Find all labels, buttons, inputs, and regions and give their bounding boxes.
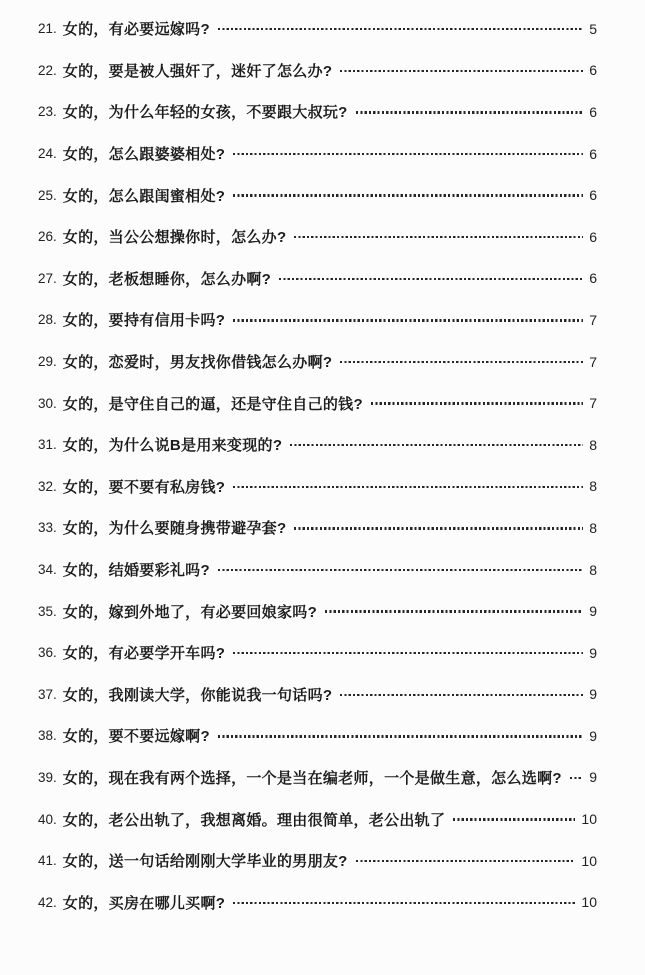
- entry-title: 女的，我刚读大学，你能说我一句话吗?: [63, 684, 333, 705]
- dot-leader: [218, 569, 583, 571]
- entry-page-number: 6: [589, 104, 597, 120]
- entry-page-number: 7: [589, 354, 597, 370]
- toc-entry: 29. 女的，恋爱时，男友找你借钱怎么办啊? 7: [38, 341, 597, 383]
- toc-entry: 36. 女的，有必要学开车吗? 9: [38, 632, 597, 674]
- dot-leader: [453, 818, 575, 820]
- dot-leader: [294, 527, 583, 529]
- toc-entry: 30. 女的，是守住自己的逼，还是守住自己的钱? 7: [38, 382, 597, 424]
- dot-leader: [356, 111, 584, 113]
- toc-entry: 33. 女的，为什么要随身携带避孕套? 8: [38, 507, 597, 549]
- entry-page-number: 9: [589, 645, 597, 661]
- toc-entry: 42. 女的，买房在哪儿买啊? 10: [38, 881, 597, 923]
- dot-leader: [233, 486, 583, 488]
- entry-title: 女的，要不要有私房钱?: [63, 476, 225, 497]
- entry-number: 35.: [38, 604, 57, 619]
- entry-number: 22.: [38, 63, 57, 78]
- entry-page-number: 8: [589, 520, 597, 536]
- dot-leader: [279, 278, 583, 280]
- entry-number: 25.: [38, 188, 57, 203]
- toc-entry: 26. 女的，当公公想操你时，怎么办? 6: [38, 216, 597, 258]
- dot-leader: [356, 860, 576, 862]
- entry-title: 女的，老板想睡你，怎么办啊?: [63, 268, 271, 289]
- entry-title: 女的，怎么跟闺蜜相处?: [63, 185, 225, 206]
- toc-entry: 38. 女的，要不要远嫁啊? 9: [38, 715, 597, 757]
- entry-number: 27.: [38, 271, 57, 286]
- entry-title: 女的，为什么年轻的女孩，不要跟大叔玩?: [63, 101, 348, 122]
- entry-title: 女的，为什么要随身携带避孕套?: [63, 517, 287, 538]
- toc-entry: 34. 女的，结婚要彩礼吗? 8: [38, 549, 597, 591]
- entry-number: 37.: [38, 687, 57, 702]
- entry-number: 30.: [38, 396, 57, 411]
- entry-title: 女的，现在我有两个选择，一个是当在编老师，一个是做生意，怎么选啊?: [63, 767, 562, 788]
- toc-entry: 24. 女的，怎么跟婆婆相处? 6: [38, 133, 597, 175]
- dot-leader: [570, 777, 583, 779]
- dot-leader: [294, 236, 583, 238]
- toc-entry: 28. 女的，要持有信用卡吗? 7: [38, 299, 597, 341]
- entry-title: 女的，恋爱时，男友找你借钱怎么办啊?: [63, 351, 333, 372]
- entry-page-number: 8: [589, 478, 597, 494]
- entry-page-number: 9: [589, 728, 597, 744]
- dot-leader: [325, 610, 583, 612]
- entry-page-number: 8: [589, 437, 597, 453]
- toc-entry: 35. 女的，嫁到外地了，有必要回娘家吗? 9: [38, 590, 597, 632]
- entry-number: 28.: [38, 312, 57, 327]
- entry-number: 34.: [38, 562, 57, 577]
- entry-title: 女的，要持有信用卡吗?: [63, 309, 225, 330]
- entry-number: 33.: [38, 520, 57, 535]
- dot-leader: [233, 902, 575, 904]
- dot-leader: [233, 652, 583, 654]
- toc-list: 21. 女的，有必要远嫁吗? 5 22. 女的，要是被人强奸了，迷奸了怎么办? …: [38, 8, 597, 923]
- dot-leader: [340, 361, 583, 363]
- entry-page-number: 8: [589, 562, 597, 578]
- entry-title: 女的，送一句话给刚刚大学毕业的男朋友?: [63, 850, 348, 871]
- entry-page-number: 7: [589, 395, 597, 411]
- toc-entry: 21. 女的，有必要远嫁吗? 5: [38, 8, 597, 50]
- entry-number: 29.: [38, 354, 57, 369]
- entry-page-number: 6: [589, 187, 597, 203]
- entry-page-number: 9: [589, 686, 597, 702]
- entry-title: 女的，为什么说B是用来变现的?: [63, 434, 283, 455]
- dot-leader: [233, 319, 583, 321]
- entry-number: 21.: [38, 21, 57, 36]
- dot-leader: [290, 444, 583, 446]
- toc-entry: 32. 女的，要不要有私房钱? 8: [38, 466, 597, 508]
- entry-title: 女的，老公出轨了，我想离婚。理由很简单，老公出轨了: [63, 809, 446, 830]
- dot-leader: [371, 402, 583, 404]
- entry-number: 39.: [38, 770, 57, 785]
- entry-number: 40.: [38, 812, 57, 827]
- toc-entry: 40. 女的，老公出轨了，我想离婚。理由很简单，老公出轨了 10: [38, 798, 597, 840]
- entry-page-number: 6: [589, 62, 597, 78]
- entry-page-number: 10: [581, 811, 597, 827]
- entry-number: 26.: [38, 229, 57, 244]
- toc-entry: 27. 女的，老板想睡你，怎么办啊? 6: [38, 258, 597, 300]
- toc-entry: 41. 女的，送一句话给刚刚大学毕业的男朋友? 10: [38, 840, 597, 882]
- dot-leader: [340, 70, 583, 72]
- entry-number: 41.: [38, 853, 57, 868]
- entry-title: 女的，是守住自己的逼，还是守住自己的钱?: [63, 393, 363, 414]
- entry-page-number: 9: [589, 769, 597, 785]
- entry-title: 女的，买房在哪儿买啊?: [63, 892, 225, 913]
- entry-title: 女的，当公公想操你时，怎么办?: [63, 226, 287, 247]
- entry-number: 42.: [38, 895, 57, 910]
- entry-page-number: 7: [589, 312, 597, 328]
- entry-page-number: 5: [589, 21, 597, 37]
- entry-page-number: 10: [581, 853, 597, 869]
- entry-number: 31.: [38, 437, 57, 452]
- entry-number: 32.: [38, 479, 57, 494]
- entry-number: 36.: [38, 645, 57, 660]
- dot-leader: [233, 153, 583, 155]
- entry-title: 女的，嫁到外地了，有必要回娘家吗?: [63, 601, 317, 622]
- entry-number: 24.: [38, 146, 57, 161]
- entry-page-number: 9: [589, 603, 597, 619]
- entry-page-number: 6: [589, 146, 597, 162]
- entry-page-number: 6: [589, 270, 597, 286]
- entry-title: 女的，怎么跟婆婆相处?: [63, 143, 225, 164]
- toc-entry: 31. 女的，为什么说B是用来变现的? 8: [38, 424, 597, 466]
- toc-entry: 23. 女的，为什么年轻的女孩，不要跟大叔玩? 6: [38, 91, 597, 133]
- entry-title: 女的，要是被人强奸了，迷奸了怎么办?: [63, 60, 333, 81]
- document-page: 21. 女的，有必要远嫁吗? 5 22. 女的，要是被人强奸了，迷奸了怎么办? …: [0, 0, 645, 975]
- dot-leader: [218, 735, 583, 737]
- toc-entry: 25. 女的，怎么跟闺蜜相处? 6: [38, 174, 597, 216]
- entry-title: 女的，有必要学开车吗?: [63, 642, 225, 663]
- toc-entry: 22. 女的，要是被人强奸了，迷奸了怎么办? 6: [38, 50, 597, 92]
- entry-number: 38.: [38, 728, 57, 743]
- toc-entry: 37. 女的，我刚读大学，你能说我一句话吗? 9: [38, 674, 597, 716]
- entry-page-number: 6: [589, 229, 597, 245]
- dot-leader: [340, 694, 583, 696]
- entry-title: 女的，结婚要彩礼吗?: [63, 559, 210, 580]
- toc-entry: 39. 女的，现在我有两个选择，一个是当在编老师，一个是做生意，怎么选啊? 9: [38, 757, 597, 799]
- entry-page-number: 10: [581, 894, 597, 910]
- entry-title: 女的，要不要远嫁啊?: [63, 725, 210, 746]
- entry-title: 女的，有必要远嫁吗?: [63, 18, 210, 39]
- entry-number: 23.: [38, 104, 57, 119]
- dot-leader: [233, 194, 583, 196]
- dot-leader: [218, 28, 583, 30]
